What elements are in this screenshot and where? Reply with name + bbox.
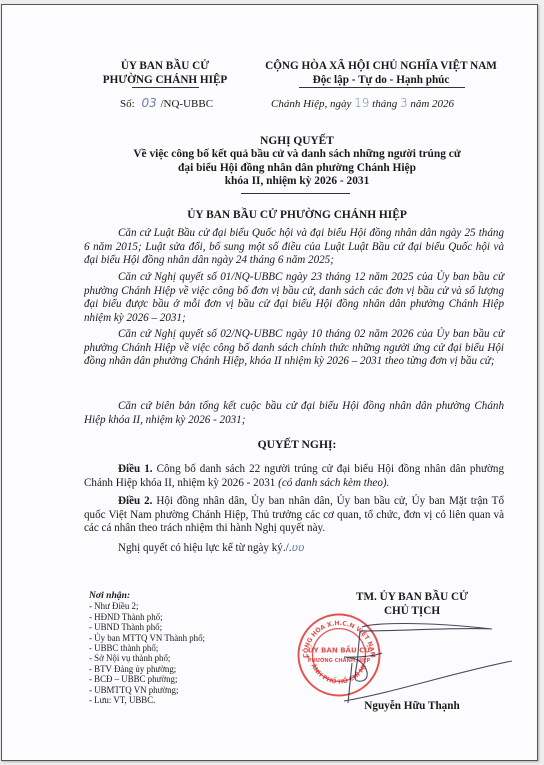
document-page: ỦY BAN BẦU CỬ PHƯỜNG CHÁNH HIỆP Số: 03 /… <box>1 4 538 761</box>
issuing-body: ỦY BAN BẦU CỬ PHƯỜNG CHÁNH HIỆP <box>90 59 240 87</box>
number-prefix: Số: <box>120 98 135 110</box>
date-place: Chánh Hiệp, ngày <box>271 98 351 110</box>
country-name: CỘNG HÒA XÃ HỘI CHỦ NGHĨA VIỆT NAM <box>240 59 522 73</box>
handwritten-signature-icon <box>302 613 512 713</box>
initial-mark: ʋʋ <box>291 541 304 554</box>
title-line1: Về việc công bố kết quả bầu cử và danh s… <box>82 148 512 161</box>
authority-heading: ỦY BAN BẦU CỬ PHƯỜNG CHÁNH HIỆP <box>82 209 512 221</box>
issuing-body-underline <box>132 87 199 88</box>
recipient-item: - Như Điều 2; <box>89 601 205 611</box>
date-day-handwritten: 19 <box>354 96 369 110</box>
date-month-handwritten: 3 <box>400 96 408 110</box>
title-line2: đại biểu Hội đồng nhân dân phường Chánh … <box>82 162 512 175</box>
preamble-paragraph-4: Căn cứ biên bản tổng kết cuộc bầu cử đại… <box>84 400 504 427</box>
document-title: NGHỊ QUYẾT Về việc công bố kết quả bầu c… <box>82 135 512 189</box>
recipients-list: Nơi nhận: - Như Điều 2;- HĐND Thành phố;… <box>89 591 205 705</box>
decision-heading: QUYẾT NGHỊ: <box>82 438 512 451</box>
title-line3: khóa II, nhiệm kỳ 2026 - 2031 <box>82 175 512 188</box>
article-1-label: Điều 1. <box>118 463 153 475</box>
recipient-item: - HĐND Thành phố; <box>89 612 205 622</box>
signer-name: Nguyễn Hữu Thạnh <box>312 700 512 712</box>
article-2-label: Điều 2. <box>118 495 152 507</box>
preamble-paragraph-2: Căn cứ Nghị quyết số 01/NQ-UBBC ngày 23 … <box>84 271 504 325</box>
recipient-item: - BCĐ – UBBC phường; <box>89 674 205 684</box>
article-2: Điều 2. Hội đồng nhân dân, Ủy ban nhân d… <box>84 495 504 536</box>
motto-underline <box>299 87 465 88</box>
issuing-body-line2: PHƯỜNG CHÁNH HIỆP <box>90 73 240 87</box>
article-1-note: (có danh sách kèm theo). <box>278 477 389 489</box>
title-underline <box>241 193 350 194</box>
preamble-paragraph-1: Căn cứ Luật Bầu cử đại biểu Quốc hội và … <box>84 227 504 268</box>
issuing-body-line1: ỦY BAN BẦU CỬ <box>90 59 240 73</box>
date-year: năm 2026 <box>410 98 454 110</box>
recipient-item: - Ủy ban MTTQ VN Thành phố; <box>89 633 205 643</box>
number-suffix: /NQ-UBBC <box>160 98 213 110</box>
recipient-item: - Lưu: VT, UBBC. <box>89 695 205 705</box>
title-heading: NGHỊ QUYẾT <box>82 135 512 148</box>
recipient-item: - UBND Thành phố; <box>89 622 205 632</box>
recipients-title: Nơi nhận: <box>89 591 205 601</box>
national-motto: CỘNG HÒA XÃ HỘI CHỦ NGHĨA VIỆT NAM Độc l… <box>240 59 522 87</box>
preamble-paragraph-3: Căn cứ Nghị quyết số 02/NQ-UBBC ngày 10 … <box>84 328 504 369</box>
number-handwritten: 03 <box>141 96 156 110</box>
article-1: Điều 1. Công bố danh sách 22 người trúng… <box>84 463 504 490</box>
document-number: Số: 03 /NQ-UBBC <box>120 96 213 110</box>
motto: Độc lập - Tự do - Hạnh phúc <box>240 73 522 87</box>
recipient-item: - BTV Đảng ủy phường; <box>89 664 205 674</box>
recipient-item: - Sở Nội vụ thành phố; <box>89 653 205 663</box>
signer-on-behalf: TM. ỦY BAN BẦU CỬ <box>312 590 512 604</box>
date-month-label: tháng <box>372 98 397 110</box>
recipient-item: - UBMTTQ VN phường; <box>89 685 205 695</box>
effective-clause: Nghị quyết có hiệu lực kể từ ngày ký./.ʋ… <box>118 541 305 554</box>
recipient-item: - UBBC thành phố; <box>89 643 205 653</box>
place-date: Chánh Hiệp, ngày 19 tháng 3 năm 2026 <box>271 96 454 110</box>
